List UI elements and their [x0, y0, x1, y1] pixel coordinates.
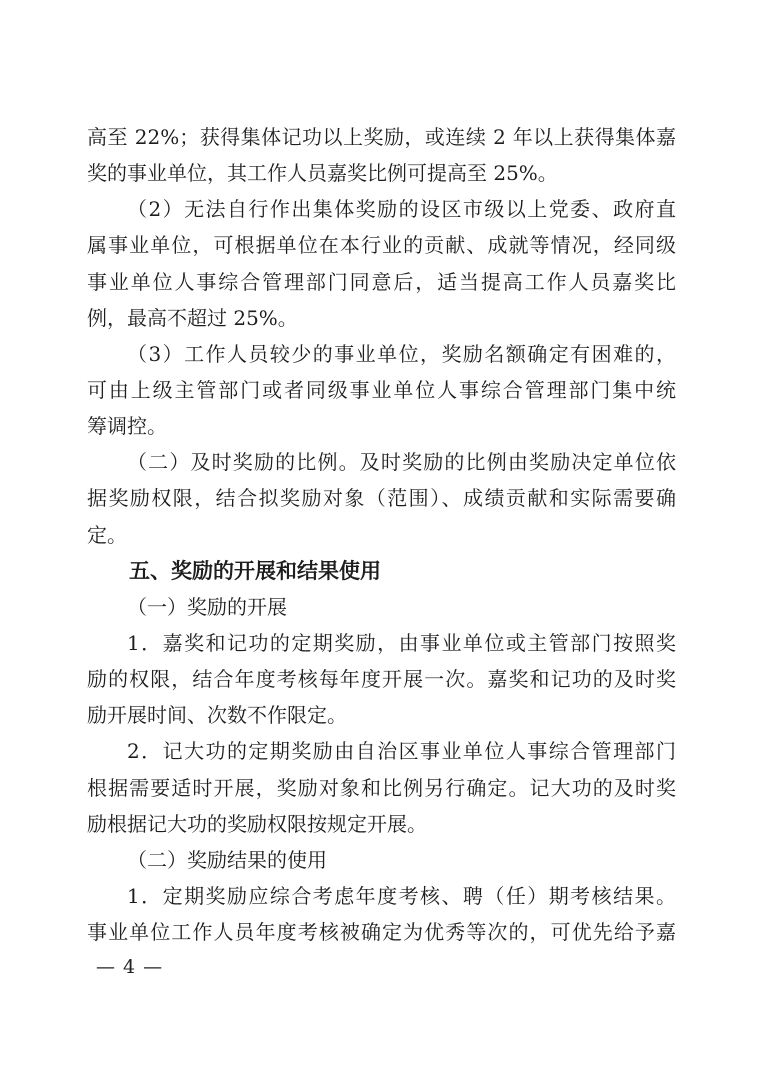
text-line: 属事业单位，可根据单位在本行业的贡献、成就等情况，经同级	[87, 227, 676, 263]
text-line: 奖的事业单位，其工作人员嘉奖比例可提高至 25%。	[87, 155, 676, 191]
subsection-heading: （二）奖励结果的使用	[87, 842, 676, 878]
text-line: （2）无法自行作出集体奖励的设区市级以上党委、政府直	[87, 191, 676, 227]
text-line: 励的权限，结合年度考核每年度开展一次。嘉奖和记功的及时奖	[87, 661, 676, 697]
text-line: 筹调控。	[87, 408, 676, 444]
text-line: 高至 22%；获得集体记功以上奖励，或连续 2 年以上获得集体嘉	[87, 119, 676, 155]
document-body: 高至 22%；获得集体记功以上奖励，或连续 2 年以上获得集体嘉奖的事业单位，其…	[87, 119, 676, 950]
text-line: 定。	[87, 517, 676, 553]
text-line: 1．嘉奖和记功的定期奖励，由事业单位或主管部门按照奖	[87, 625, 676, 661]
text-line: 事业单位人事综合管理部门同意后，适当提高工作人员嘉奖比	[87, 264, 676, 300]
text-line: 2．记大功的定期奖励由自治区事业单位人事综合管理部门	[87, 733, 676, 769]
text-line: （二）及时奖励的比例。及时奖励的比例由奖励决定单位依	[87, 444, 676, 480]
text-line: 根据需要适时开展，奖励对象和比例另行确定。记大功的及时奖	[87, 770, 676, 806]
text-line: 励开展时间、次数不作限定。	[87, 697, 676, 733]
text-line: 可由上级主管部门或者同级事业单位人事综合管理部门集中统	[87, 372, 676, 408]
text-line: 据奖励权限，结合拟奖励对象（范围）、成绩贡献和实际需要确	[87, 480, 676, 516]
section-heading: 五、奖励的开展和结果使用	[87, 553, 676, 589]
text-line: 励根据记大功的奖励权限按规定开展。	[87, 806, 676, 842]
text-line: （3）工作人员较少的事业单位，奖励名额确定有困难的，	[87, 336, 676, 372]
document-page: 高至 22%；获得集体记功以上奖励，或连续 2 年以上获得集体嘉奖的事业单位，其…	[0, 0, 762, 1078]
text-line: 例，最高不超过 25%。	[87, 300, 676, 336]
text-line: 事业单位工作人员年度考核被确定为优秀等次的，可优先给予嘉	[87, 914, 676, 950]
subsection-heading: （一）奖励的开展	[87, 589, 676, 625]
page-number: — 4 —	[96, 953, 163, 981]
text-line: 1．定期奖励应综合考虑年度考核、聘（任）期考核结果。	[87, 878, 676, 914]
